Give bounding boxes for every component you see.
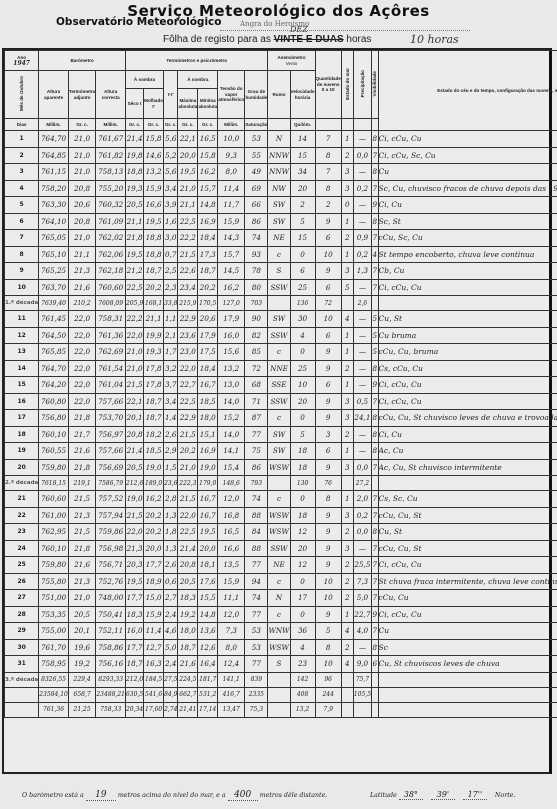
day-number: 29 (5, 623, 39, 640)
sheet-suffix: horas (346, 34, 371, 45)
cell-em (341, 687, 353, 702)
day-number: 31 (5, 656, 39, 673)
cell-r: NE (268, 230, 290, 247)
table-row: 5763,3020,6760,3220,516,63,921,114,811,7… (5, 197, 557, 214)
cell-n: 6 (315, 327, 341, 344)
sky-description: Ci, cCu, Cu (378, 393, 557, 410)
unit-blank (315, 119, 341, 131)
cell-gh: 94 (245, 573, 268, 590)
decade-label (5, 687, 39, 702)
cell-s: 630,5 (125, 687, 143, 702)
cell-ac: 7608,09 (96, 296, 126, 311)
cell-max: 21,6 (178, 656, 198, 673)
cell-r: SSW (268, 540, 290, 557)
cell-gh: 68 (245, 377, 268, 394)
cell-tv: 10,0 (218, 131, 245, 148)
cell-tt: 3,2 (164, 360, 178, 377)
cell-tt: 33,8 (164, 296, 178, 311)
cell-tt: 5,0 (164, 639, 178, 656)
cell-max: 22,5 (178, 524, 198, 541)
cell-max: 662,7 (178, 687, 198, 702)
cell-em: 5 (341, 279, 353, 296)
cell-m: 15,9 (144, 606, 164, 623)
sky-description: Sc, Cu, chuvisco fracos de chuva depois … (378, 180, 557, 197)
cell-min: 13,6 (198, 623, 218, 640)
cell-p: — (353, 344, 371, 361)
cell-ta: 22,0 (68, 344, 95, 361)
sky-description: cCu, Cu, bruma (378, 344, 557, 361)
cell-p: — (353, 311, 371, 328)
sky-description: Cs, cCu, Cu (378, 360, 557, 377)
cell-gh: 84 (245, 524, 268, 541)
cell-tv: 8,0 (218, 639, 245, 656)
cell-s: 21,5 (125, 507, 143, 524)
cell-tv: 11,7 (218, 197, 245, 214)
cell-n: 9 (315, 459, 341, 476)
unit-gr: Gr. c. (125, 119, 143, 131)
cell-m: 15,9 (144, 180, 164, 197)
unit-gr: Gr. c. (178, 119, 198, 131)
cell-n: 10 (315, 590, 341, 607)
cell-v: 18 (290, 459, 315, 476)
cell-v: 15 (290, 230, 315, 247)
table-row: 3761,1521,0758,1318,813,25,619,516,28,04… (5, 164, 557, 181)
cell-r: NE (268, 557, 290, 574)
cell-gh: 88 (245, 507, 268, 524)
cell-m: 16,6 (144, 197, 164, 214)
cell-max: 18,0 (178, 623, 198, 640)
cell-max: 23,4 (178, 279, 198, 296)
cell-tv: 8,0 (218, 164, 245, 181)
register-sheet: Ano1947 Barómetro Termómetros e psicróme… (2, 48, 552, 774)
cell-aa: 23584,10 (39, 687, 69, 702)
cell-m: 18,8 (144, 230, 164, 247)
cell-s: 19,5 (125, 246, 143, 263)
cell-gh: 87 (245, 410, 268, 427)
cell-v: 34 (290, 164, 315, 181)
sky-description: Cb, Cu (378, 263, 557, 280)
cell-v: 17 (290, 590, 315, 607)
cell-em: 3 (341, 507, 353, 524)
cell-r (268, 687, 290, 702)
sky-description: cCu, Cu, St (378, 540, 557, 557)
cell-m: 16,3 (144, 656, 164, 673)
cell-tv: 15,6 (218, 344, 245, 361)
cell-em: 2 (341, 230, 353, 247)
shade-header-1: À sombra (125, 71, 163, 89)
sky-description: cCu, Sc, Cu (378, 230, 557, 247)
cell-m: 18,5 (144, 443, 164, 460)
cell-gh: 793 (245, 476, 268, 491)
cell-min: 16,5 (198, 131, 218, 148)
observatory-overwrite: DEZ (290, 25, 308, 34)
cell-tt: 84,9 (164, 687, 178, 702)
day-number: 30 (5, 639, 39, 656)
cell-ta: 20,6 (68, 197, 95, 214)
cell-s: 22,2 (125, 311, 143, 328)
cell-max: 22,5 (178, 393, 198, 410)
cell-ac: 761,09 (96, 213, 126, 230)
wet-bulb-header: Molhado t' (144, 89, 164, 119)
barometer-header: Barómetro (39, 51, 126, 71)
table-row: 6764,1020,8761,0921,119,51,622,516,915,9… (5, 213, 557, 230)
day-number: 27 (5, 590, 39, 607)
cell-max: 22,6 (178, 263, 198, 280)
cell-tt: 2,3 (164, 279, 178, 296)
cell-v: 25 (290, 279, 315, 296)
t-minus-header: t-t' (164, 71, 178, 119)
days-header: Dias (5, 119, 39, 131)
cell-p: 105,5 (353, 687, 371, 702)
cell-tv: 11,4 (218, 180, 245, 197)
cell-m: 19,5 (144, 213, 164, 230)
cell-m: 17,8 (144, 360, 164, 377)
cell-r: WNW (268, 623, 290, 640)
cell-gh: 77 (245, 426, 268, 443)
cell-ta: 22,0 (68, 393, 95, 410)
cell-r: SSW (268, 327, 290, 344)
cell-ta: 21,3 (68, 263, 95, 280)
decade-label (5, 702, 39, 717)
cell-aa: 7618,15 (39, 476, 69, 491)
cell-min: 16,4 (198, 656, 218, 673)
cell-aa: 761,00 (39, 507, 69, 524)
cell-min: 16,7 (198, 491, 218, 508)
cell-r: SW (268, 426, 290, 443)
cell-em: 3 (341, 180, 353, 197)
table-row: 25759,8021,6756,7120,317,72,620,818,113,… (5, 557, 557, 574)
sky-description (378, 296, 557, 311)
cell-m: 168,1 (144, 296, 164, 311)
cell-m: 19,9 (144, 327, 164, 344)
cell-p: 22,7 (353, 606, 371, 623)
cell-r (268, 672, 290, 687)
cell-tt: 0,7 (164, 246, 178, 263)
cell-v: 130 (290, 476, 315, 491)
cell-max: 21,0 (178, 180, 198, 197)
cell-ta: 20,8 (68, 213, 95, 230)
cell-tt: 27,5 (164, 672, 178, 687)
cell-n: 96 (315, 672, 341, 687)
cell-min: 20,6 (198, 311, 218, 328)
observations-body: 1764,7021,0761,6721,415,85,622,116,510,0… (5, 131, 557, 718)
cell-aa: 763,30 (39, 197, 69, 214)
cell-min: 18,1 (198, 557, 218, 574)
sky-description (378, 702, 557, 717)
cell-s: 22,0 (125, 327, 143, 344)
cell-min: 17,14 (198, 702, 218, 717)
cell-aa: 764,70 (39, 131, 69, 148)
cell-ta: 21,7 (68, 426, 95, 443)
decade-label: 1.ª década (5, 296, 39, 311)
cell-s: 20,1 (125, 410, 143, 427)
decade-summary-row: 761,3621,25758,3320,3417,602,7421,4117,1… (5, 702, 557, 717)
cell-p: 0,0 (353, 459, 371, 476)
cell-aa: 753,35 (39, 606, 69, 623)
cell-em (341, 296, 353, 311)
apparent-height-header: Altura aparente (39, 71, 69, 119)
cell-ac: 753,70 (96, 410, 126, 427)
cell-n: 5 (315, 623, 341, 640)
cell-min: 18,5 (198, 393, 218, 410)
cell-ta: 229,4 (68, 672, 95, 687)
cell-r: S (268, 263, 290, 280)
cell-tv: 15,9 (218, 573, 245, 590)
cell-m: 189,0 (144, 476, 164, 491)
sky-description: Ci, cCu, Cu (378, 279, 557, 296)
cell-ac: 758,13 (96, 164, 126, 181)
cell-n: 9 (315, 360, 341, 377)
cell-max: 22,2 (178, 230, 198, 247)
cell-ac: 761,54 (96, 360, 126, 377)
sky-description: Ci, cCu, Cu (378, 131, 557, 148)
cell-tt: 3,4 (164, 393, 178, 410)
day-number: 6 (5, 213, 39, 230)
cell-s: 20,5 (125, 197, 143, 214)
cell-tv: 7,3 (218, 623, 245, 640)
cell-ac: 750,41 (96, 606, 126, 623)
unit-blank (353, 119, 371, 131)
cell-tt: 2,5 (164, 263, 178, 280)
cell-max: 18,7 (178, 639, 198, 656)
table-row: 30761,7019,6758,8617,712,75,018,712,68,0… (5, 639, 557, 656)
table-row: 10763,7021,6760,6022,520,22,323,420,216,… (5, 279, 557, 296)
table-row: 9765,2521,3762,1821,218,72,522,618,714,5… (5, 263, 557, 280)
cell-tt: 1,7 (164, 344, 178, 361)
cell-em: 3 (341, 164, 353, 181)
cell-tv: 12,0 (218, 606, 245, 623)
thermometers-header: Termómetros e psicrómetro (125, 51, 267, 71)
cell-p: 2,0 (353, 491, 371, 508)
cell-ac: 762,69 (96, 344, 126, 361)
cell-aa: 764,20 (39, 377, 69, 394)
cell-n: 8 (315, 491, 341, 508)
cell-ac: 757,66 (96, 393, 126, 410)
cell-s: 212,0 (125, 672, 143, 687)
cell-m: 11,4 (144, 623, 164, 640)
cell-aa: 762,95 (39, 524, 69, 541)
cell-ta: 21,1 (68, 246, 95, 263)
cell-min: 14,8 (198, 197, 218, 214)
cell-v: 6 (290, 263, 315, 280)
cell-v: 20 (290, 180, 315, 197)
cell-ac: 7586,79 (96, 476, 126, 491)
cell-tv: 16,2 (218, 279, 245, 296)
cell-n: 10 (315, 573, 341, 590)
cell-s: 20,3 (125, 557, 143, 574)
cell-gh: 55 (245, 147, 268, 164)
cell-tt: 2,6 (164, 426, 178, 443)
cell-n: 10 (315, 311, 341, 328)
cell-ac: 760,60 (96, 279, 126, 296)
cell-r: WSW (268, 459, 290, 476)
cell-ta: 21,8 (68, 410, 95, 427)
cell-aa: 759,80 (39, 557, 69, 574)
cell-tv: 13,0 (218, 377, 245, 394)
month-header: Mês de Outubro (5, 71, 39, 119)
cell-tt: 2,1 (164, 327, 178, 344)
cell-n: 9 (315, 263, 341, 280)
unit-blank (372, 119, 379, 131)
cell-min: 16,2 (198, 164, 218, 181)
cell-max: 22,7 (178, 377, 198, 394)
lat-degrees: 38° (399, 790, 423, 800)
cell-n: 10 (315, 246, 341, 263)
cell-v: 4 (290, 327, 315, 344)
cell-s: 22,5 (125, 279, 143, 296)
cell-gh: 85 (245, 344, 268, 361)
cell-p: 0,2 (353, 507, 371, 524)
cell-tt: 3,4 (164, 180, 178, 197)
cell-gh: 82 (245, 327, 268, 344)
cell-p: — (353, 213, 371, 230)
cell-v: 2 (290, 197, 315, 214)
cell-max: 22,9 (178, 311, 198, 328)
clouds-header: Quantidade de nuvens 0 a 10 (315, 51, 341, 119)
latitude-note: Latitude 38° 39' 17'' Norte. (370, 790, 515, 800)
cell-n: 6 (315, 443, 341, 460)
cell-m: 19,0 (144, 459, 164, 476)
cell-tt: 2,4 (164, 656, 178, 673)
cell-s: 19,0 (125, 491, 143, 508)
cell-min: 12,6 (198, 639, 218, 656)
cell-gh: 74 (245, 491, 268, 508)
cell-tt: 1,3 (164, 507, 178, 524)
cell-em: 3 (341, 459, 353, 476)
cell-p: — (353, 327, 371, 344)
day-number: 19 (5, 443, 39, 460)
cell-aa: 758,20 (39, 180, 69, 197)
cell-m: 541,6 (144, 687, 164, 702)
cell-v: 0 (290, 573, 315, 590)
cell-r: SSE (268, 377, 290, 394)
cell-r: NW (268, 180, 290, 197)
max-header: Máxima absoluta (178, 89, 198, 119)
cell-s: 21,4 (125, 131, 143, 148)
unit-mm: Millim. (96, 119, 126, 131)
cell-n: 9 (315, 540, 341, 557)
sky-description: Ci, cCu, Cu (378, 377, 557, 394)
cell-gh: 703 (245, 296, 268, 311)
cell-ta: 19,6 (68, 639, 95, 656)
cell-tt: 1,6 (164, 213, 178, 230)
cell-gh: 93 (245, 246, 268, 263)
cell-n: 6 (315, 377, 341, 394)
day-number: 3 (5, 164, 39, 181)
sky-description: Cu, St chuviscos leves de chuva (378, 656, 557, 673)
cell-r: c (268, 246, 290, 263)
cell-ta: 21,0 (68, 131, 95, 148)
unit-km: Quilóm. (290, 119, 315, 131)
cell-v: 15 (290, 147, 315, 164)
cell-ta: 22,0 (68, 360, 95, 377)
cell-tt: 1,1 (164, 311, 178, 328)
cell-gh: 80 (245, 279, 268, 296)
cell-tv: 16,5 (218, 524, 245, 541)
cell-n: 10 (315, 656, 341, 673)
cell-r: NNE (268, 360, 290, 377)
table-row: 11761,4522,0758,3122,221,11,122,920,617,… (5, 311, 557, 328)
day-number: 15 (5, 377, 39, 394)
cell-r (268, 702, 290, 717)
cell-p: 75,7 (353, 672, 371, 687)
cell-v: 408 (290, 687, 315, 702)
cell-tv: 12,4 (218, 656, 245, 673)
cell-min: 16,9 (198, 443, 218, 460)
cell-n: 72 (315, 296, 341, 311)
cell-em: 4 (341, 656, 353, 673)
cell-m: 17,8 (144, 377, 164, 394)
cell-ac: 752,76 (96, 573, 126, 590)
barometer-note: O barómetro está a 19 metros acima do ní… (22, 790, 327, 801)
cell-m: 13,2 (144, 164, 164, 181)
cell-aa: 765,25 (39, 263, 69, 280)
cell-ta: 21,6 (68, 557, 95, 574)
cell-tv: 13,47 (218, 702, 245, 717)
cell-tt: 2,4 (164, 606, 178, 623)
cell-aa: 764,50 (39, 327, 69, 344)
cell-v: 0 (290, 246, 315, 263)
cell-ac: 757,66 (96, 443, 126, 460)
sheet-prefix: Fôlha de registo para as (163, 34, 271, 45)
cell-n: 9 (315, 393, 341, 410)
cell-min: 14,8 (198, 606, 218, 623)
cell-v: 14 (290, 131, 315, 148)
decade-summary-row: 23584,10658,723488,21630,5541,684,9662,7… (5, 687, 557, 702)
cell-tt: 2,8 (164, 491, 178, 508)
anemometer-header: AnemómetroVento (268, 51, 315, 71)
cell-min: 170,5 (198, 296, 218, 311)
cell-v: 0 (290, 344, 315, 361)
table-row: 8765,1021,1762,0619,518,80,721,517,315,7… (5, 246, 557, 263)
cell-ac: 761,36 (96, 327, 126, 344)
cell-gh: 74 (245, 230, 268, 247)
cell-p: 7,3 (353, 573, 371, 590)
cell-ac: 8293,33 (96, 672, 126, 687)
cell-min: 17,5 (198, 344, 218, 361)
cell-em: 2 (341, 557, 353, 574)
cell-min: 18,4 (198, 230, 218, 247)
table-row: 7765,0521,0762,0221,818,83,022,218,414,3… (5, 230, 557, 247)
cell-tt: 23,6 (164, 476, 178, 491)
cell-max: 20,5 (178, 573, 198, 590)
cell-gh: 86 (245, 459, 268, 476)
cell-n: 6 (315, 230, 341, 247)
cell-max: 20,0 (178, 147, 198, 164)
cell-tt: 5,2 (164, 147, 178, 164)
cell-em: 2 (341, 147, 353, 164)
sheet-title: Fôlha de registo para as VINTE E DUAS ho… (163, 34, 371, 45)
wind-speed-header: Velocidade horária (290, 71, 315, 119)
vapour-tension-header: Tensão do vapor atmosférico (218, 71, 245, 119)
cell-tt: 1,4 (164, 410, 178, 427)
cell-p: 24,1 (353, 410, 371, 427)
cell-s: 21,0 (125, 344, 143, 361)
table-row: 16760,8022,0757,6622,118,73,422,518,514,… (5, 393, 557, 410)
day-number: 23 (5, 524, 39, 541)
cell-ac: 758,33 (96, 702, 126, 717)
lat-seconds: 17'' (463, 790, 487, 800)
cell-s: 17,7 (125, 590, 143, 607)
day-number: 25 (5, 557, 39, 574)
sky-description: Ci, cCu, Cu (378, 557, 557, 574)
cell-tv: 127,0 (218, 296, 245, 311)
cell-p: 2,6 (353, 296, 371, 311)
day-number: 12 (5, 327, 39, 344)
cell-tv: 16,6 (218, 540, 245, 557)
cell-ac: 757,52 (96, 491, 126, 508)
cell-s: 205,9 (125, 296, 143, 311)
